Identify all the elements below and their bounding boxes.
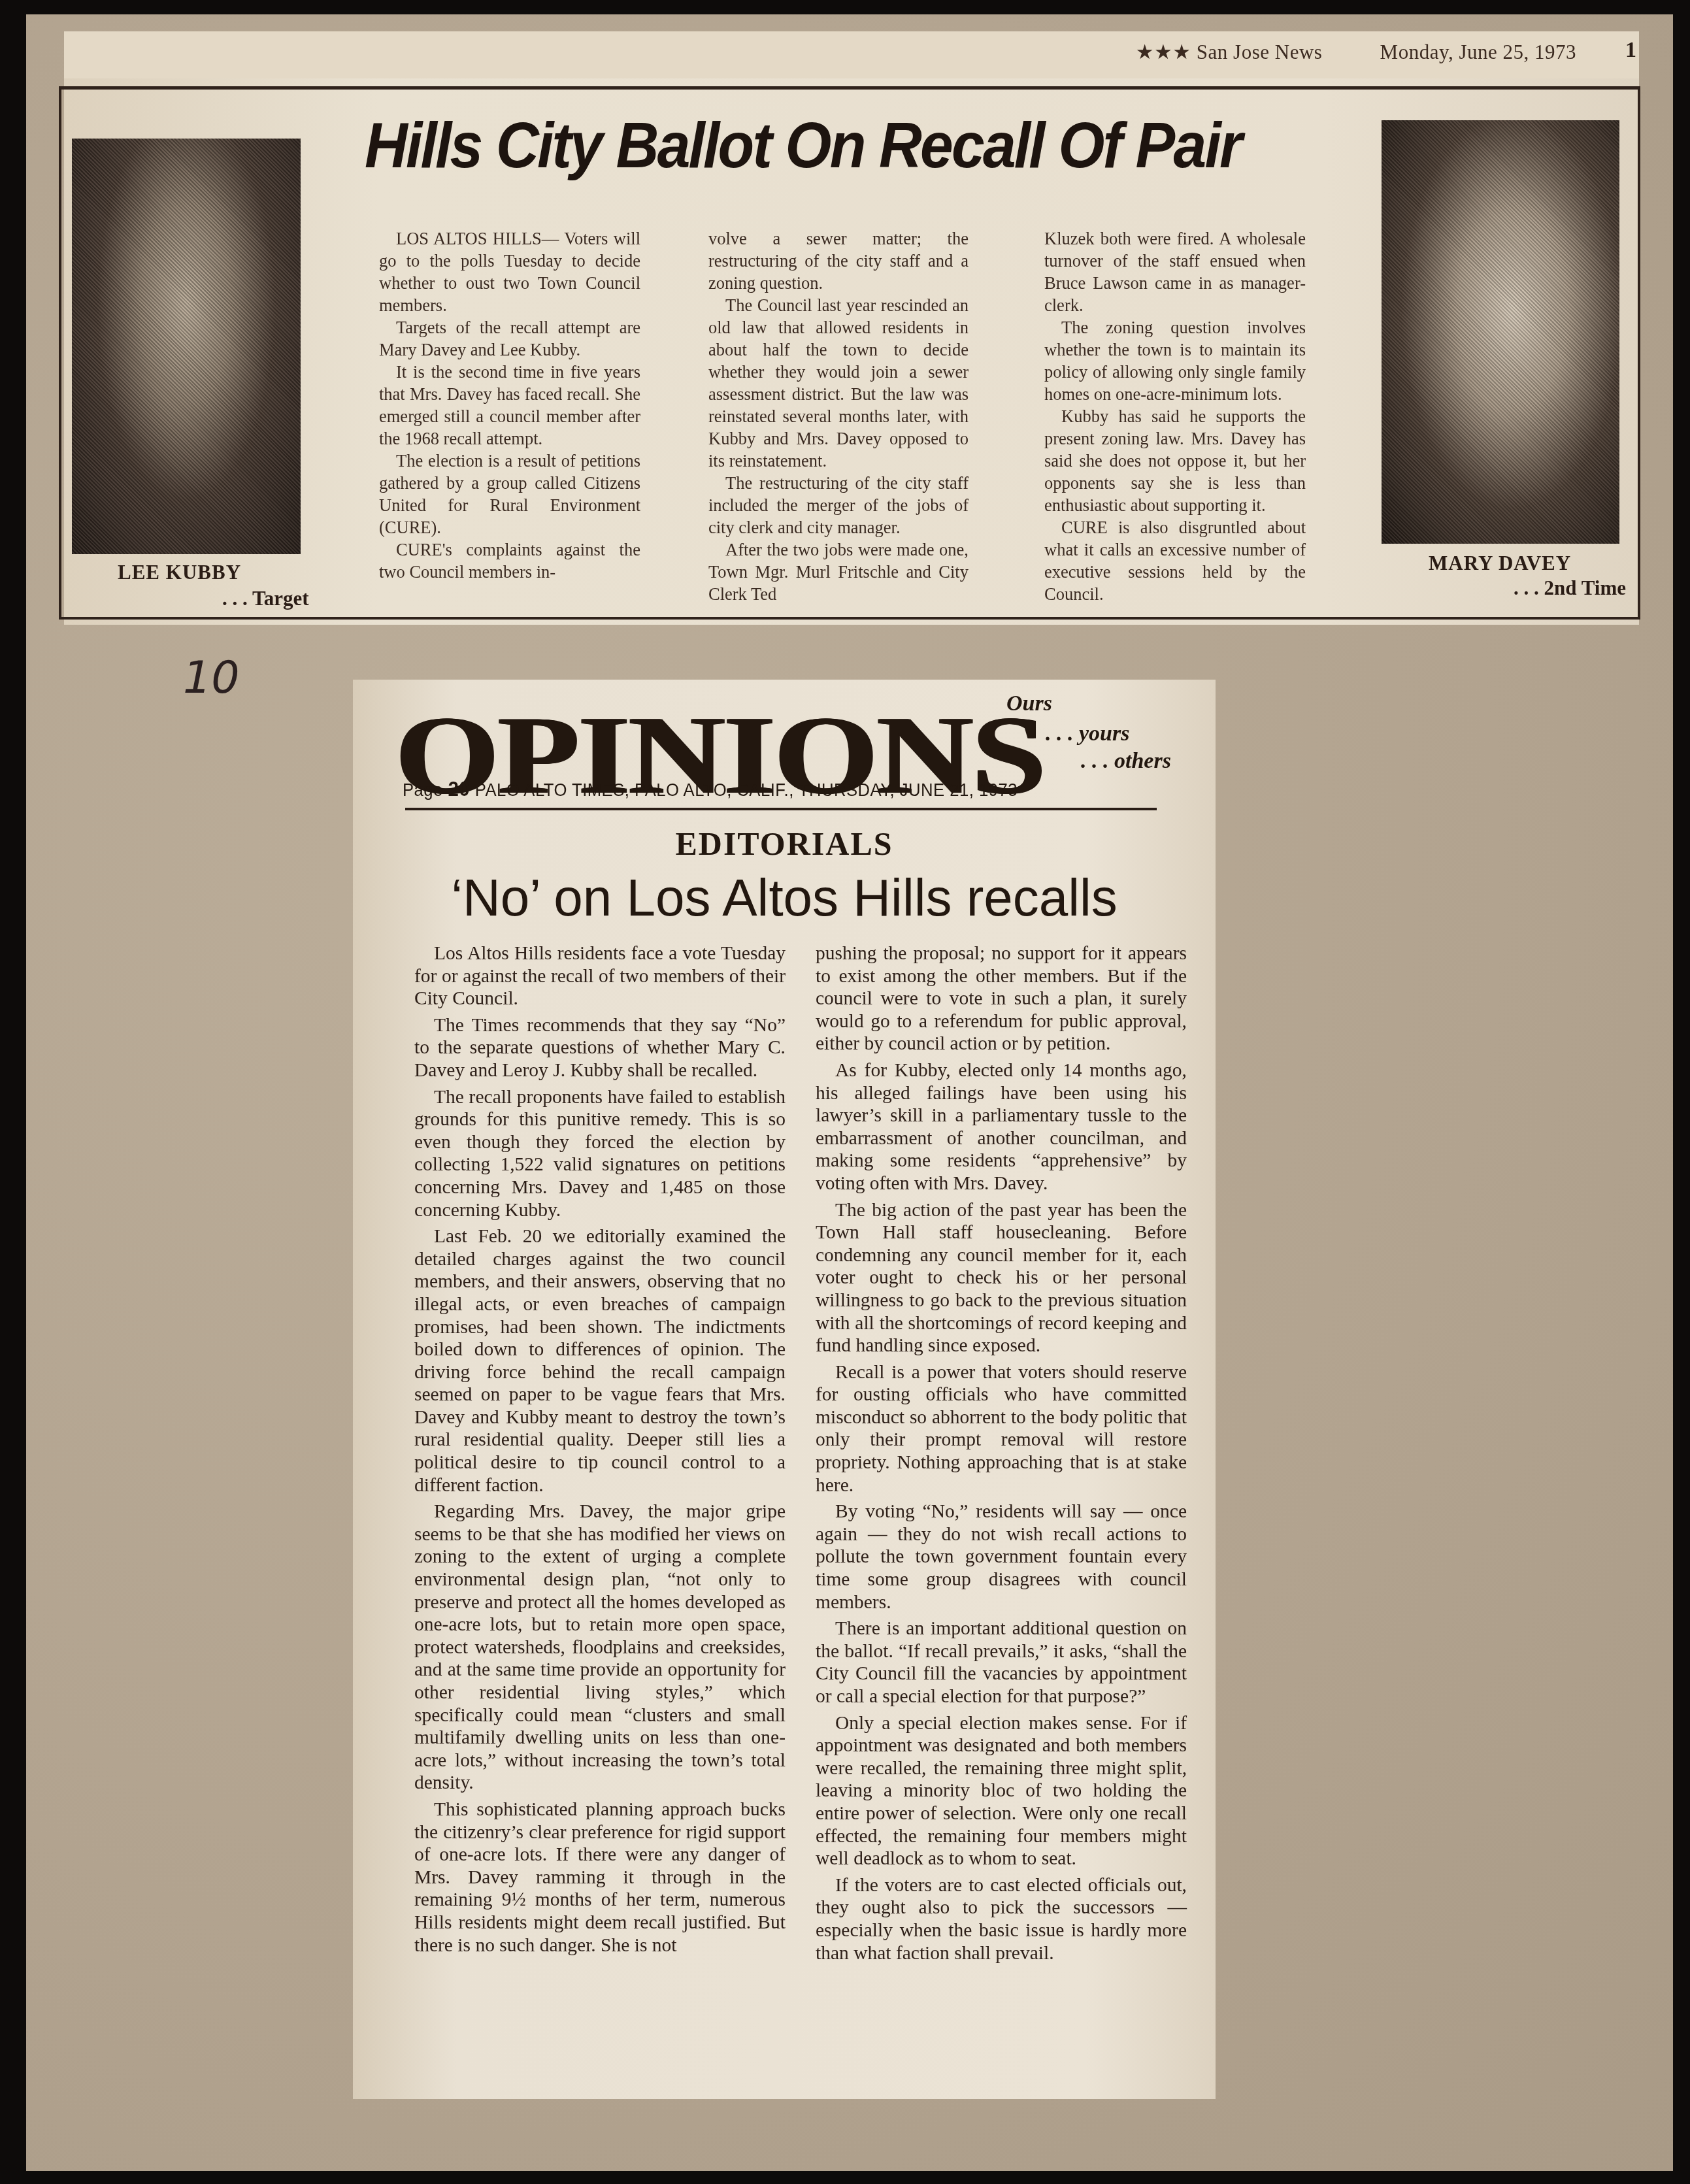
publication-date: Monday, June 25, 1973 [1380,41,1576,63]
masthead: ★★★ San Jose News Monday, June 25, 1973 [1136,41,1576,64]
paragraph: Kubby has said he supports the present z… [1044,405,1306,516]
paragraph: There is an important additional questio… [816,1617,1187,1708]
photo-mary-davey [1382,120,1619,544]
page-number: 20 [448,778,470,801]
editorial-column-2: pushing the proposal; no support for it … [816,942,1187,1968]
paragraph: volve a sewer matter; the restructuring … [708,227,969,294]
tagline-yours: . . . yours [1046,721,1129,746]
paragraph: LOS ALTOS HILLS— Voters will go to the p… [379,227,640,316]
section-kicker: EDITORIALS [353,825,1216,863]
paragraph: pushing the proposal; no support for it … [816,942,1187,1055]
article-column-2: volve a sewer matter; the restructuring … [708,227,969,605]
divider-rule [405,808,1157,810]
paragraph: The Council last year rescinded an old l… [708,294,969,472]
caption-sub-davey: . . . 2nd Time [1514,576,1626,600]
editorial-column-1: Los Altos Hills residents face a vote Tu… [414,942,786,1961]
paragraph: Kluzek both were fired. A wholesale turn… [1044,227,1306,316]
page-label: Page [403,780,443,800]
paragraph: Last Feb. 20 we editorially examined the… [414,1225,786,1497]
paragraph: Regarding Mrs. Davey, the major gripe se… [414,1500,786,1795]
article-column-3: Kluzek both were fired. A wholesale turn… [1044,227,1306,605]
caption-name-kubby: LEE KUBBY [118,561,241,584]
paragraph: By voting “No,” residents will say — onc… [816,1500,1187,1613]
paragraph: The recall proponents have failed to est… [414,1086,786,1222]
paper-dateline: PALO ALTO TIMES, PALO ALTO, CALIF., THUR… [475,780,1018,800]
paragraph: Targets of the recall attempt are Mary D… [379,316,640,361]
page-dateline: Page 20 PALO ALTO TIMES, PALO ALTO, CALI… [403,778,1018,801]
paragraph: If the voters are to cast elected offici… [816,1874,1187,1964]
corner-mark: 1 [1625,38,1636,63]
paragraph: The restructuring of the city staff incl… [708,472,969,538]
paragraph: Los Altos Hills residents face a vote Tu… [414,942,786,1010]
tagline-ours: Ours [1006,691,1052,716]
article-headline: Hills City Ballot On Recall Of Pair [365,108,1313,182]
paragraph: This sophisticated planning approach buc… [414,1798,786,1957]
publication-name: ★★★ San Jose News [1136,41,1323,63]
clipping-palo-alto-times: OPINIONS Ours . . . yours . . . others P… [353,680,1216,2099]
caption-sub-kubby: . . . Target [222,587,309,610]
clipping-san-jose-news: ★★★ San Jose News Monday, June 25, 1973 … [64,31,1639,625]
tagline-others: . . . others [1081,749,1171,774]
handwritten-page-number: 10 [183,652,240,704]
paragraph: The election is a result of petitions ga… [379,450,640,538]
paragraph: The Times recommends that they say “No” … [414,1014,786,1082]
paragraph: Only a special election makes sense. For… [816,1712,1187,1870]
paragraph: As for Kubby, elected only 14 months ago… [816,1059,1187,1195]
paragraph: After the two jobs were made one, Town M… [708,538,969,605]
paragraph: CURE's complaints against the two Counci… [379,538,640,583]
paragraph: The big action of the past year has been… [816,1199,1187,1357]
paragraph: It is the second time in five years that… [379,361,640,450]
editorial-headline: ‘No’ on Los Altos Hills recalls [353,868,1216,928]
paragraph: CURE is also disgruntled about what it c… [1044,516,1306,605]
caption-name-davey: MARY DAVEY [1429,552,1571,575]
article-column-1: LOS ALTOS HILLS— Voters will go to the p… [379,227,640,583]
paragraph: Recall is a power that voters should res… [816,1361,1187,1497]
paragraph: The zoning question involves whether the… [1044,316,1306,405]
photo-lee-kubby [72,139,301,554]
